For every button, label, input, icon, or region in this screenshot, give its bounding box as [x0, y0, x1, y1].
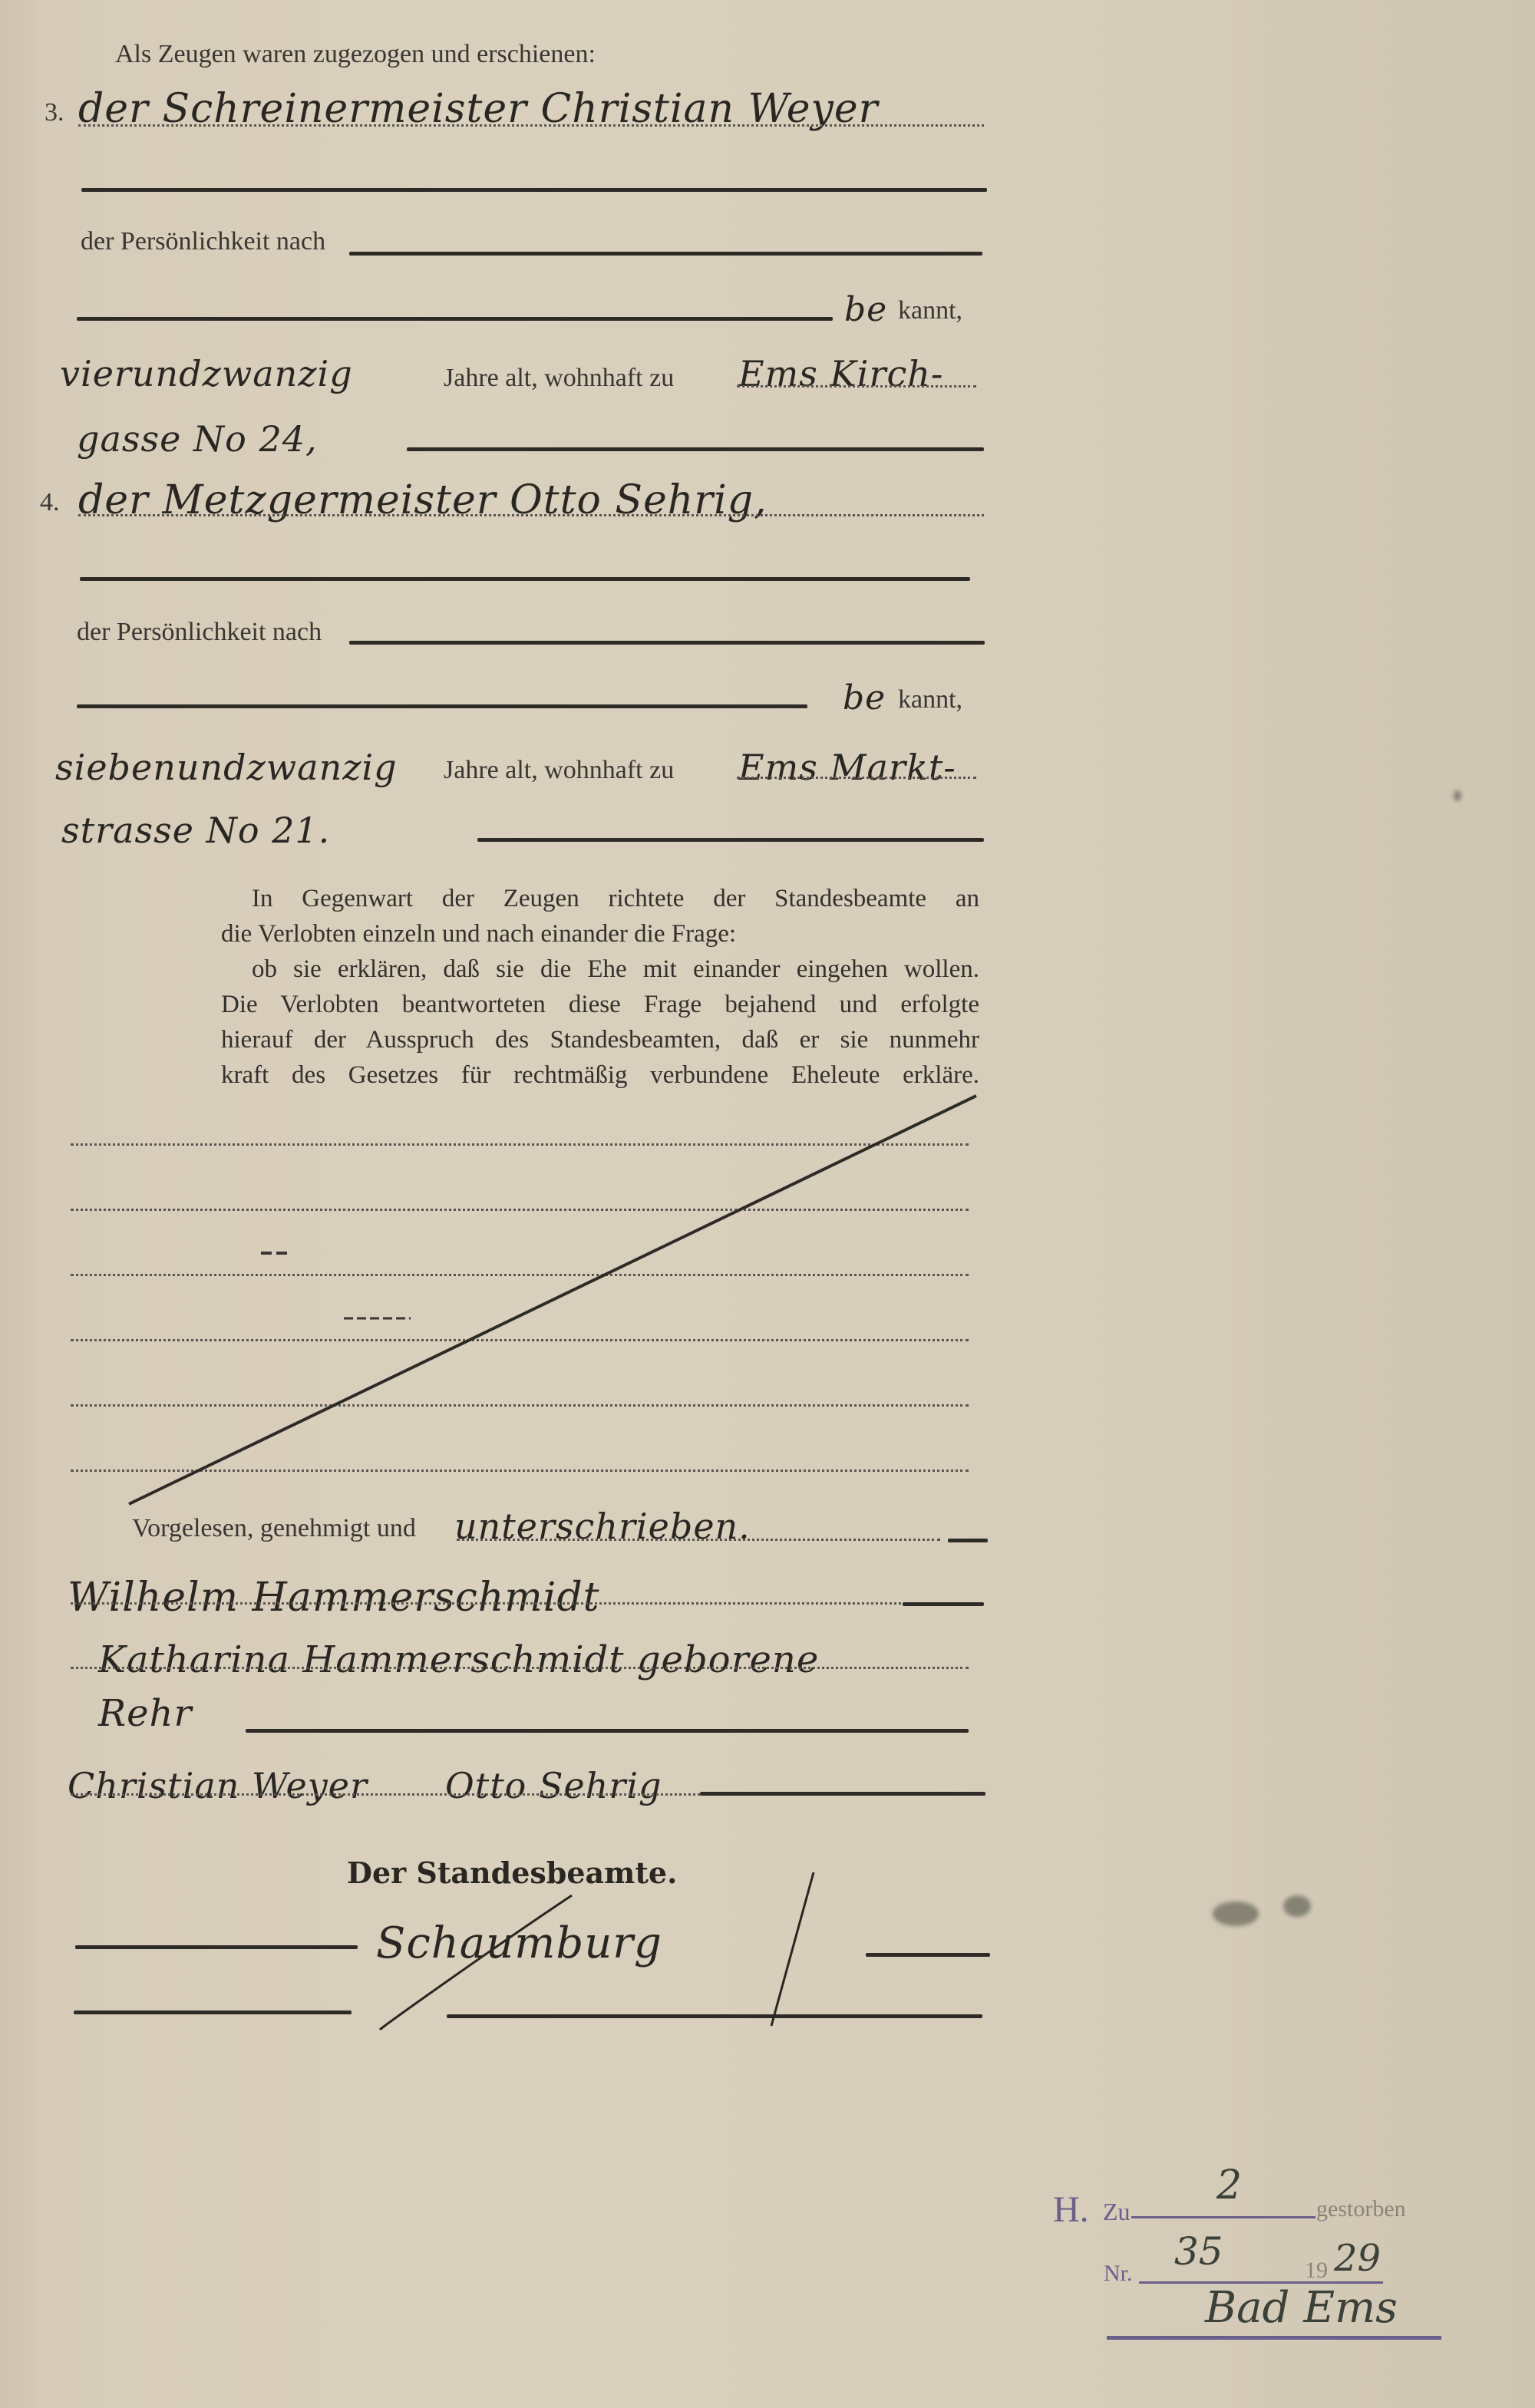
stamp-zu-label: Zu	[1103, 2198, 1131, 2226]
registrar-flourish	[0, 0, 1535, 2408]
stamp-nr-label: Nr.	[1104, 2261, 1133, 2287]
stamp-year-suffix: 29	[1334, 2237, 1381, 2280]
stamp-gestorben-label: gestorben	[1316, 2196, 1406, 2222]
stamp-place-line	[1107, 2336, 1441, 2340]
stamp-zu-line	[1131, 2216, 1315, 2218]
ink-smudge	[1283, 1895, 1311, 1917]
register-page: Als Zeugen waren zugezogen und erschiene…	[0, 0, 1535, 2408]
stamp-year-prefix: 19	[1305, 2258, 1328, 2284]
paper-speck	[1454, 790, 1461, 801]
stamp-place: Bad Ems	[1205, 2283, 1398, 2333]
ink-smudge	[1213, 1902, 1259, 1926]
stamp-nr-value: 35	[1174, 2229, 1223, 2274]
stamp-zu-value: 2	[1216, 2162, 1242, 2208]
stamp-letter: H.	[1053, 2189, 1089, 2231]
